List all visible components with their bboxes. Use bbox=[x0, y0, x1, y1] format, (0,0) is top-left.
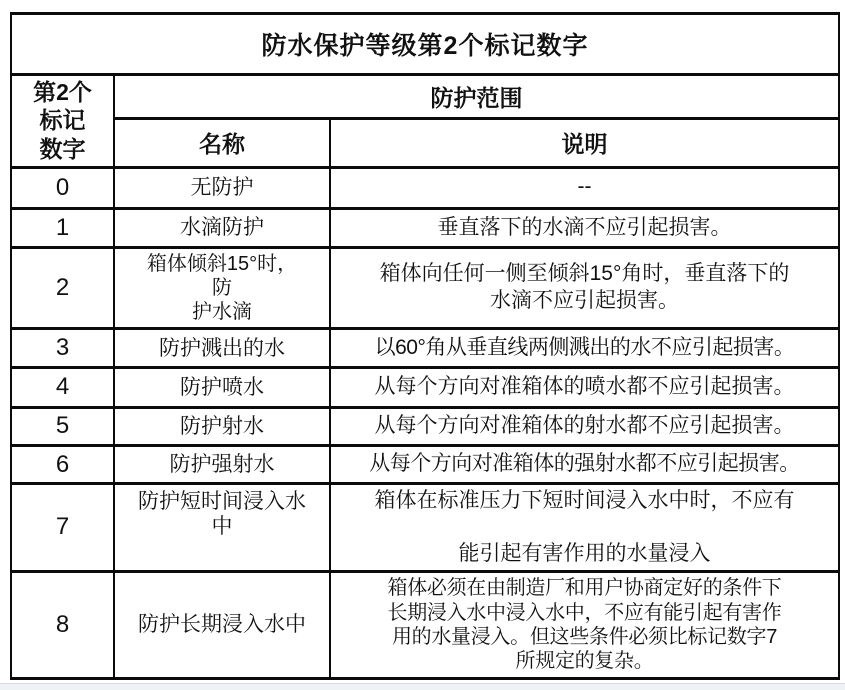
name-cell: 防护长期浸入水中 bbox=[114, 571, 330, 678]
desc-cell: 垂直落下的水滴不应引起损害。 bbox=[330, 209, 839, 248]
table-row: 7 防护短时间浸入水 中 箱体在标准压力下短时间浸入水中时，不应有 能引起有害作… bbox=[11, 483, 839, 571]
bottom-strip bbox=[0, 683, 845, 690]
desc-cell: 以60°角从垂直线两侧溅出的水不应引起损害。 bbox=[330, 329, 839, 368]
table-row: 5 防护射水 从每个方向对准箱体的射水都不应引起损害。 bbox=[11, 407, 839, 446]
table-title: 防水保护等级第2个标记数字 bbox=[11, 14, 839, 75]
digit-cell: 8 bbox=[11, 571, 114, 678]
desc-cell: 箱体在标准压力下短时间浸入水中时，不应有 能引起有害作用的水量浸入 bbox=[330, 483, 839, 571]
desc-cell: 从每个方向对准箱体的强射水都不应引起损害。 bbox=[330, 446, 839, 484]
table-row: 0 无防护 -- bbox=[11, 167, 839, 209]
table-row: 3 防护溅出的水 以60°角从垂直线两侧溅出的水不应引起损害。 bbox=[11, 329, 839, 368]
name-cell: 防护强射水 bbox=[114, 446, 330, 484]
digit-cell: 1 bbox=[11, 209, 114, 248]
digit-cell: 4 bbox=[11, 368, 114, 408]
digit-cell: 2 bbox=[11, 247, 114, 329]
name-cell: 无防护 bbox=[114, 167, 330, 209]
digit-cell: 7 bbox=[11, 483, 114, 571]
name-cell: 水滴防护 bbox=[114, 209, 330, 248]
header-digit-column: 第2个 标记 数字 bbox=[11, 74, 114, 167]
table-row: 8 防护长期浸入水中 箱体必须在由制造厂和用户协商定好的条件下 长期浸入水中浸入… bbox=[11, 571, 839, 678]
title-row: 防水保护等级第2个标记数字 bbox=[11, 14, 839, 75]
table-row: 6 防护强射水 从每个方向对准箱体的强射水都不应引起损害。 bbox=[11, 446, 839, 484]
header-row-sub: 名称 说明 bbox=[11, 118, 839, 167]
table-row: 2 箱体倾斜15°时， 防 护水滴 箱体向任何一侧至倾斜15°角时，垂直落下的 … bbox=[11, 247, 839, 329]
table-row: 4 防护喷水 从每个方向对准箱体的喷水都不应引起损害。 bbox=[11, 368, 839, 408]
digit-cell: 5 bbox=[11, 407, 114, 446]
name-cell: 防护溅出的水 bbox=[114, 329, 330, 368]
table-row: 1 水滴防护 垂直落下的水滴不应引起损害。 bbox=[11, 209, 839, 248]
page-background: 防水保护等级第2个标记数字 第2个 标记 数字 防护范围 名称 说明 0 无防护… bbox=[0, 0, 845, 690]
desc-cell: 从每个方向对准箱体的喷水都不应引起损害。 bbox=[330, 368, 839, 408]
desc-cell: 箱体向任何一侧至倾斜15°角时，垂直落下的 水滴不应引起损害。 bbox=[330, 247, 839, 329]
name-cell: 箱体倾斜15°时， 防 护水滴 bbox=[114, 247, 330, 329]
header-desc-column: 说明 bbox=[330, 118, 839, 167]
desc-cell: 从每个方向对准箱体的射水都不应引起损害。 bbox=[330, 407, 839, 446]
name-cell: 防护喷水 bbox=[114, 368, 330, 408]
name-cell: 防护短时间浸入水 中 bbox=[114, 483, 330, 571]
digit-cell: 3 bbox=[11, 329, 114, 368]
header-row-scope: 第2个 标记 数字 防护范围 bbox=[11, 74, 839, 118]
header-protection-scope: 防护范围 bbox=[114, 74, 839, 118]
desc-cell: -- bbox=[330, 167, 839, 209]
digit-cell: 6 bbox=[11, 446, 114, 484]
header-name-column: 名称 bbox=[114, 118, 330, 167]
digit-cell: 0 bbox=[11, 167, 114, 209]
name-cell: 防护射水 bbox=[114, 407, 330, 446]
desc-cell: 箱体必须在由制造厂和用户协商定好的条件下 长期浸入水中浸入水中，不应有能引起有害… bbox=[330, 571, 839, 678]
ip-rating-table: 防水保护等级第2个标记数字 第2个 标记 数字 防护范围 名称 说明 0 无防护… bbox=[10, 12, 840, 680]
